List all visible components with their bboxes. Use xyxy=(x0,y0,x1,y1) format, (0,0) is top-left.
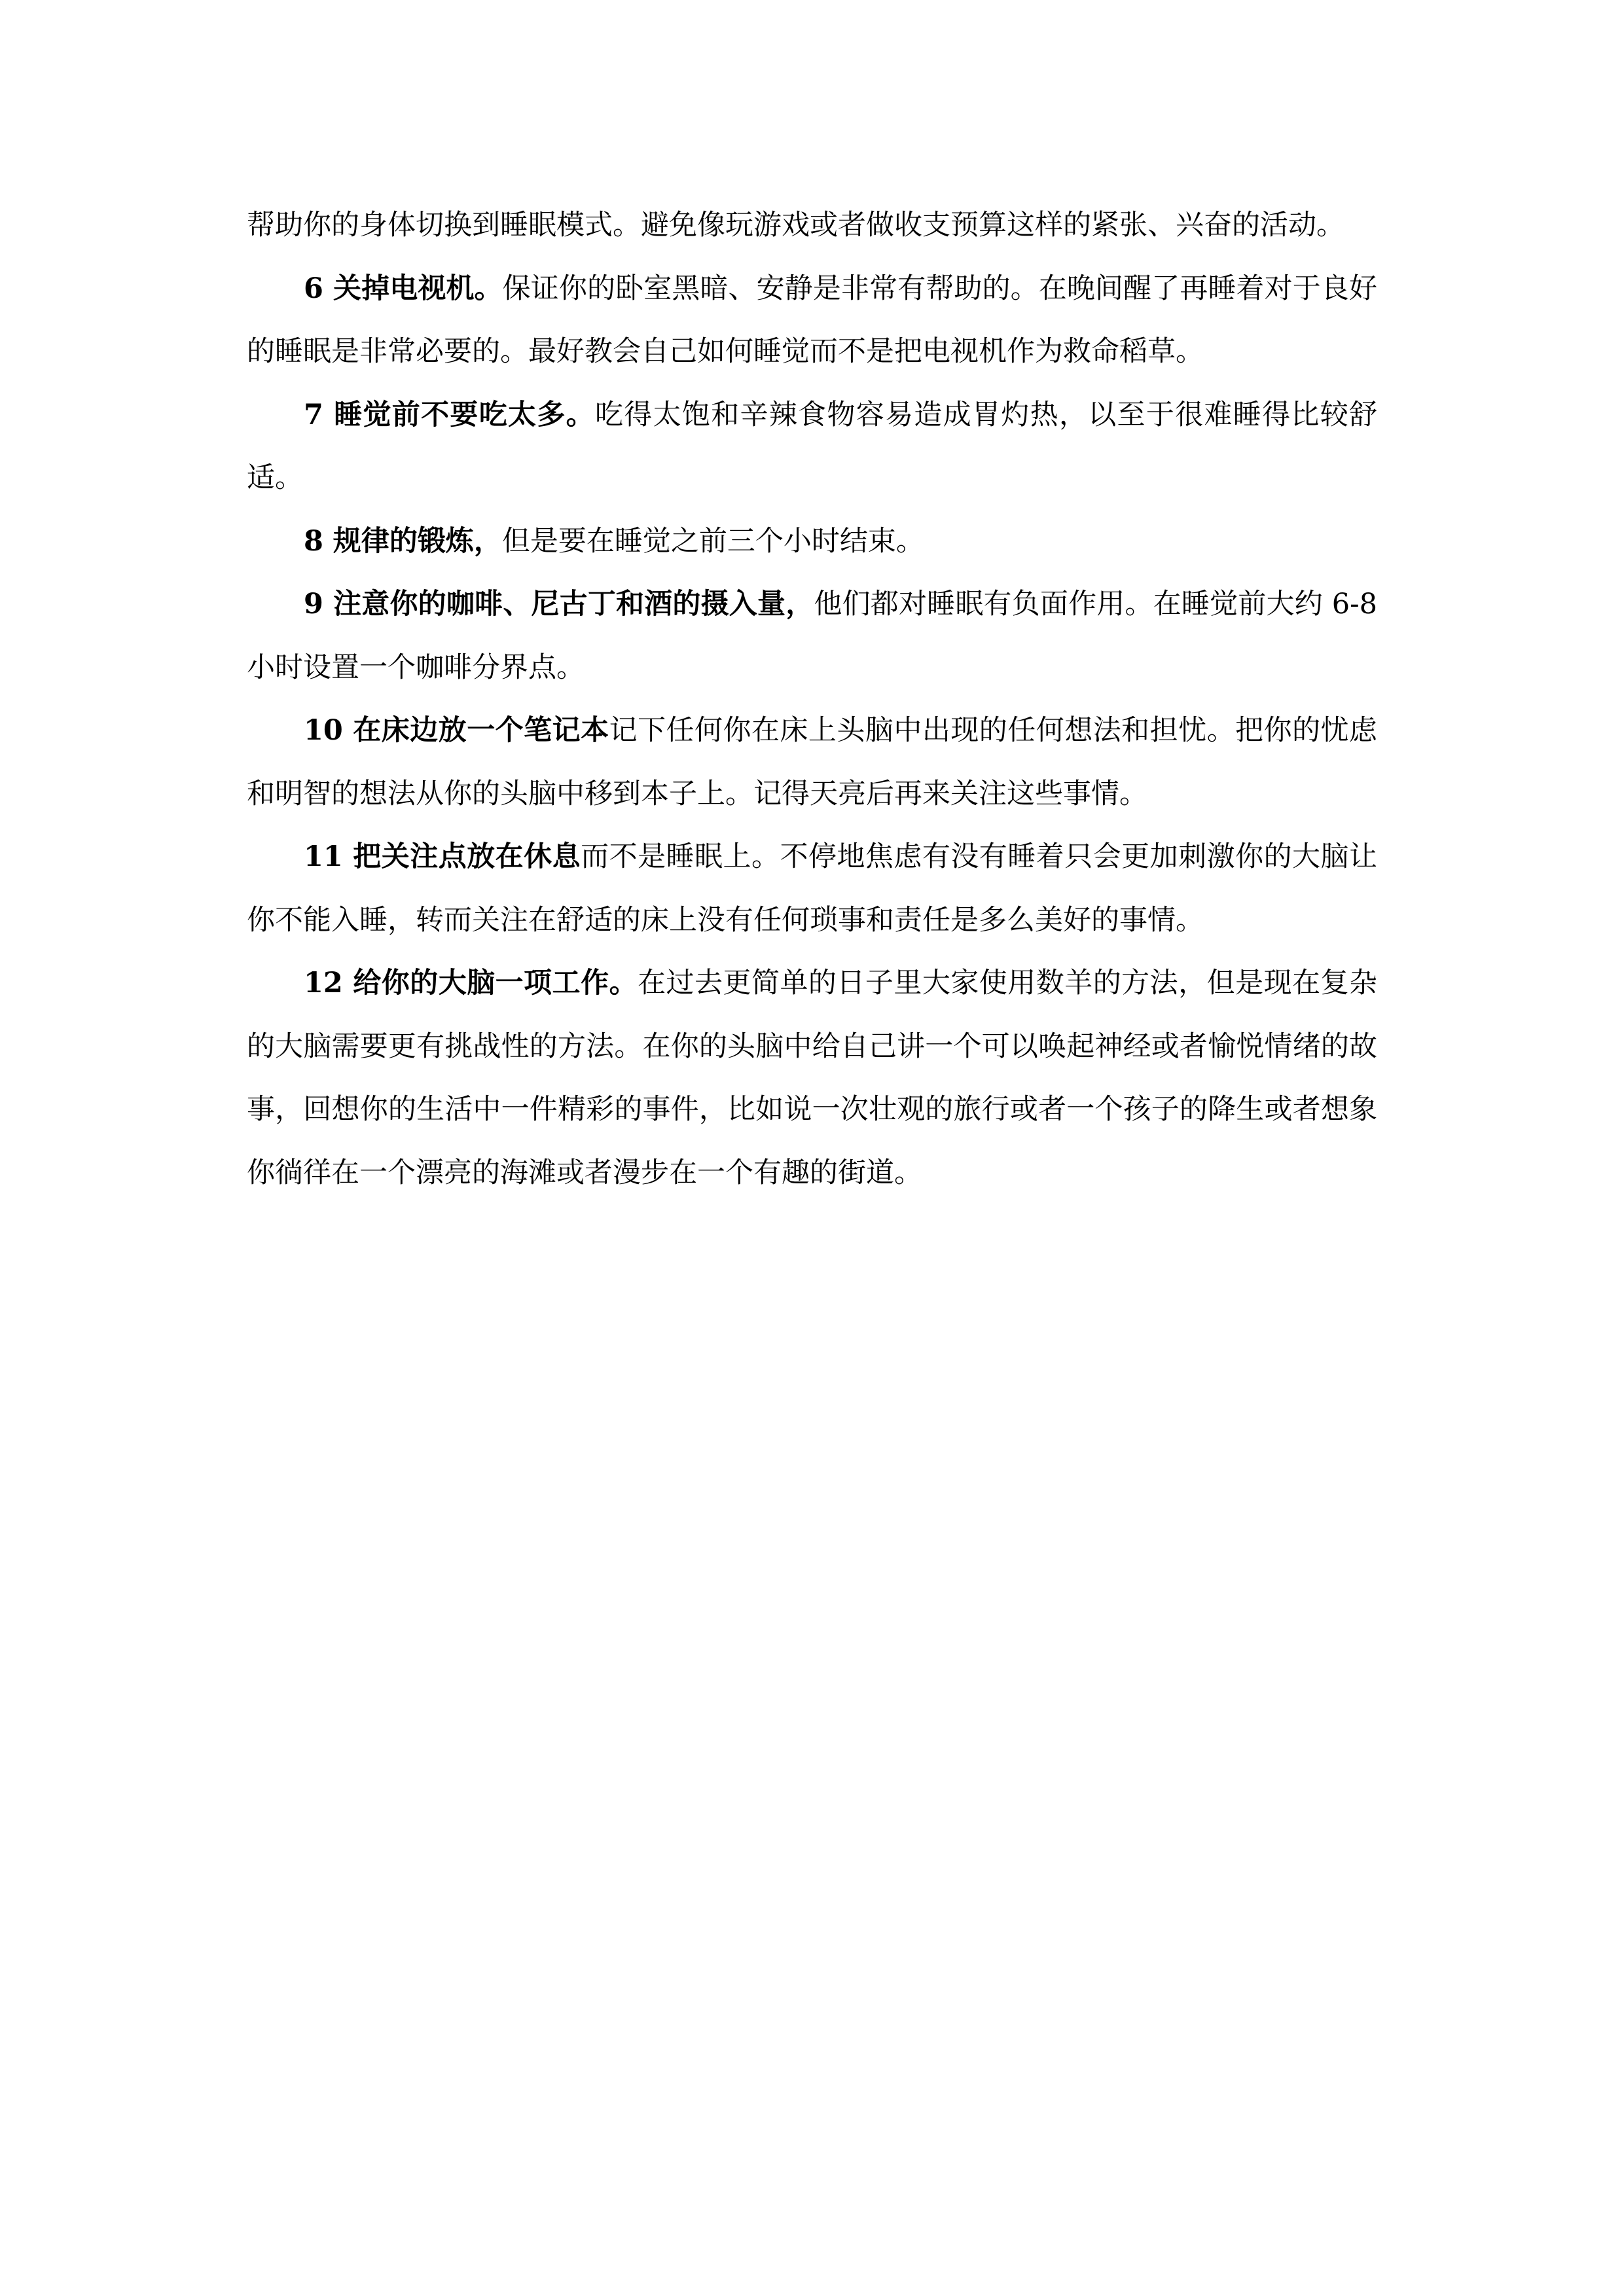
paragraph-continuation: 帮助你的身体切换到睡眠模式。避免像玩游戏或者做收支预算这样的紧张、兴奋的活动。 xyxy=(247,194,1377,257)
tip-10-heading: 10 在床边放一个笔记本 xyxy=(304,714,609,747)
tip-9-heading: 9 注意你的咖啡、尼古丁和酒的摄入量， xyxy=(304,588,814,620)
tip-7-heading: 7 睡觉前不要吃太多。 xyxy=(304,399,595,431)
paragraph-tip-9: 9 注意你的咖啡、尼古丁和酒的摄入量，他们都对睡眠有负面作用。在睡觉前大约 6-… xyxy=(247,573,1377,699)
paragraph-continuation-text: 帮助你的身体切换到睡眠模式。避免像玩游戏或者做收支预算这样的紧张、兴奋的活动。 xyxy=(247,209,1344,242)
tip-12-heading: 12 给你的大脑一项工作。 xyxy=(304,967,638,999)
paragraph-tip-11: 11 把关注点放在休息而不是睡眠上。不停地焦虑有没有睡着只会更加刺激你的大脑让你… xyxy=(247,825,1377,952)
tip-8-body: 但是要在睡觉之前三个小时结束。 xyxy=(502,525,924,558)
paragraph-tip-10: 10 在床边放一个笔记本记下任何你在床上头脑中出现的任何想法和担忧。把你的忧虑和… xyxy=(247,699,1377,825)
paragraph-tip-6: 6 关掉电视机。保证你的卧室黑暗、安静是非常有帮助的。在晚间醒了再睡着对于良好的… xyxy=(247,257,1377,384)
tip-8-heading: 8 规律的锻炼， xyxy=(304,525,502,558)
paragraph-tip-8: 8 规律的锻炼，但是要在睡觉之前三个小时结束。 xyxy=(247,510,1377,573)
tip-12-body: 在过去更简单的日子里大家使用数羊的方法，但是现在复杂的大脑需要更有挑战性的方法。… xyxy=(247,967,1377,1189)
paragraph-tip-7: 7 睡觉前不要吃太多。吃得太饱和辛辣食物容易造成胃灼热，以至于很难睡得比较舒适。 xyxy=(247,384,1377,510)
document-page: 帮助你的身体切换到睡眠模式。避免像玩游戏或者做收支预算这样的紧张、兴奋的活动。 … xyxy=(0,0,1624,2296)
tip-11-heading: 11 把关注点放在休息 xyxy=(304,840,581,873)
tip-6-heading: 6 关掉电视机。 xyxy=(304,272,503,305)
paragraph-tip-12: 12 给你的大脑一项工作。在过去更简单的日子里大家使用数羊的方法，但是现在复杂的… xyxy=(247,952,1377,1204)
document-text-block: 帮助你的身体切换到睡眠模式。避免像玩游戏或者做收支预算这样的紧张、兴奋的活动。 … xyxy=(247,194,1377,1204)
